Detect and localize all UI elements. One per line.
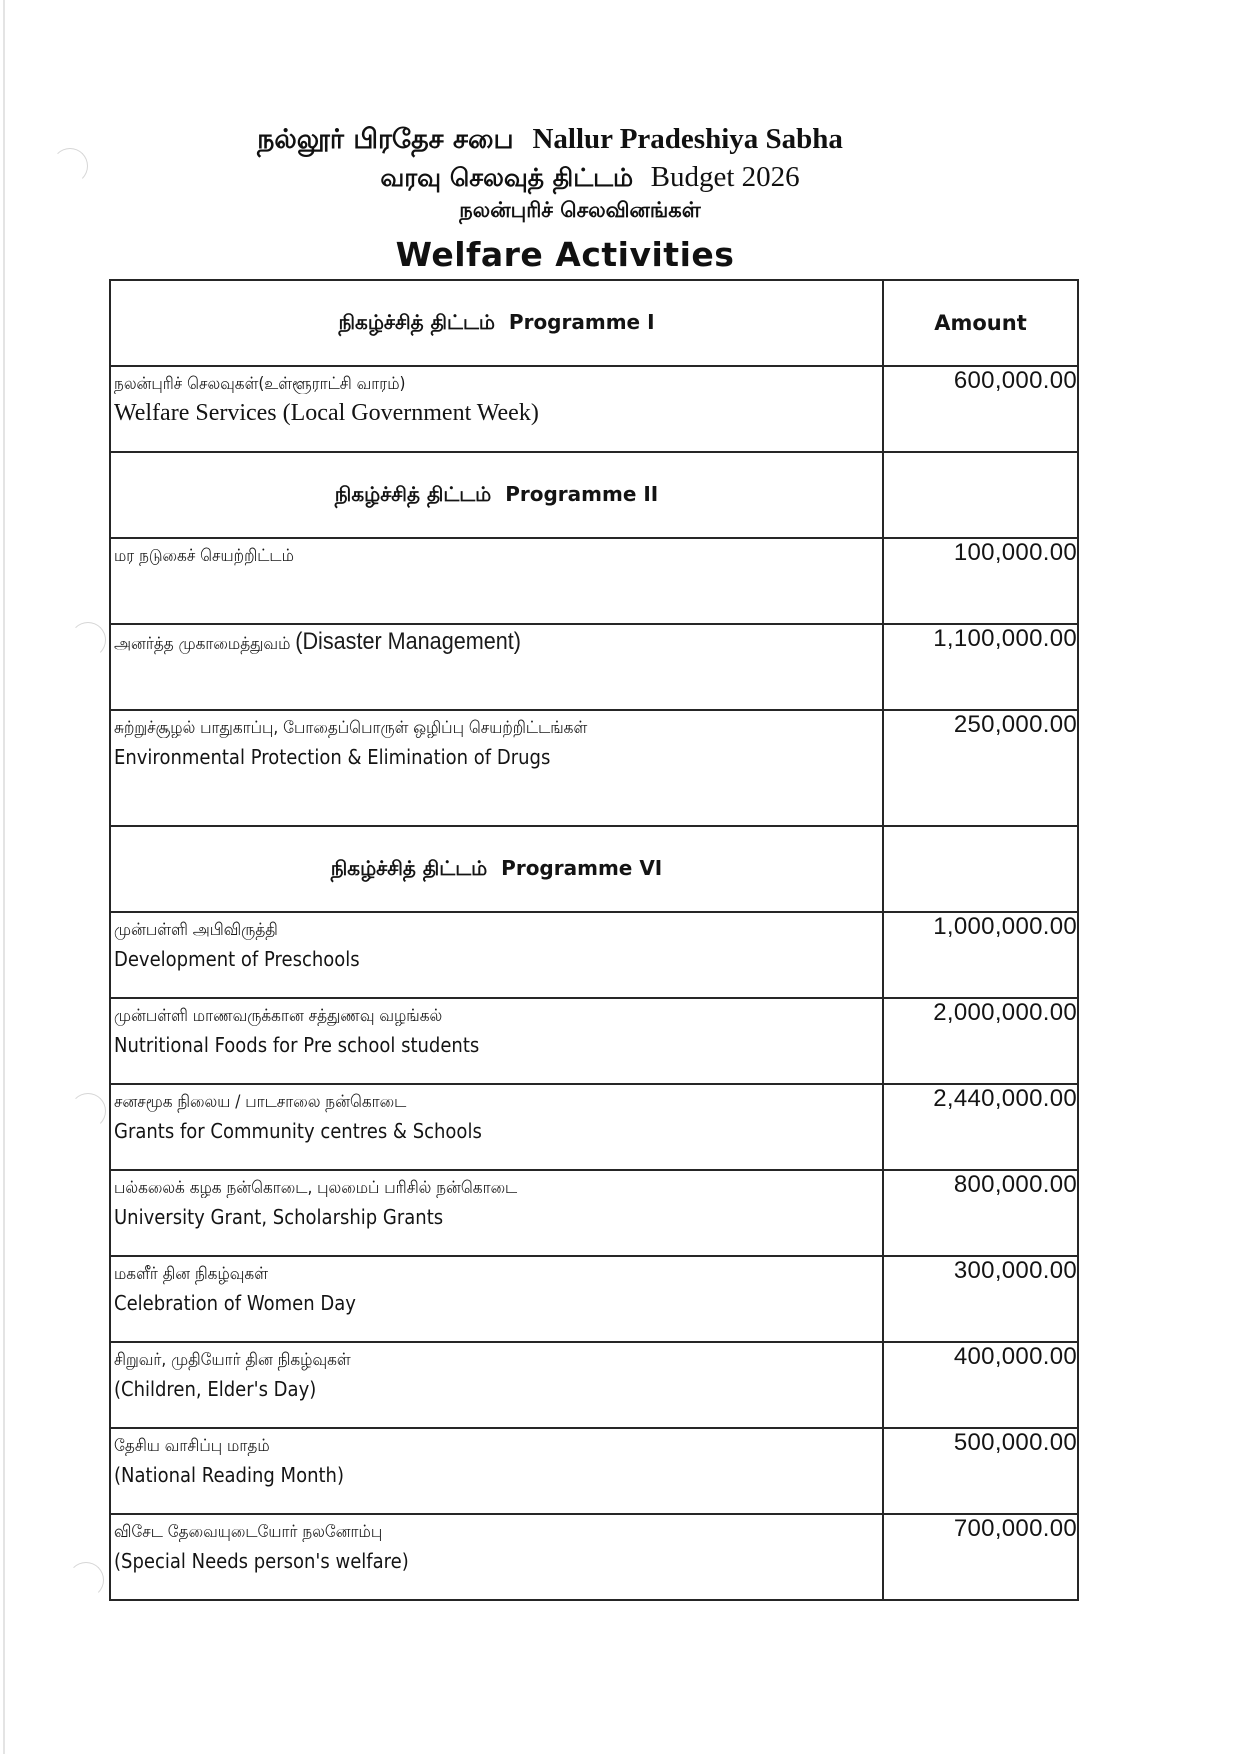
- description-english-inline: (Disaster Management): [295, 628, 521, 655]
- org-name-tamil: நல்லூர் பிரதேச சபை: [257, 124, 514, 155]
- budget-line-item: சிறுவர், முதியோர் தின நிகழ்வுகள்(Childre…: [110, 1342, 1078, 1428]
- org-name-english: Nallur Pradeshiya Sabha: [532, 123, 842, 155]
- line-item-description: பல்கலைக் கழக நன்கொடை, புலமைப் பரிசில் நன…: [110, 1170, 883, 1256]
- line-item-description: விசேட தேவையுடையோர் நலனோம்பு(Special Need…: [110, 1514, 883, 1600]
- description-english: (Special Needs person's welfare): [114, 1545, 805, 1577]
- line-item-description: மகளீர் தின நிகழ்வுகள்Celebration of Wome…: [110, 1256, 883, 1342]
- description-tamil: தேசிய வாசிப்பு மாதம்: [114, 1433, 805, 1459]
- line-item-amount: 700,000.00: [883, 1514, 1078, 1600]
- budget-line-item: விசேட தேவையுடையோர் நலனோம்பு(Special Need…: [110, 1514, 1078, 1600]
- programme-title-tamil: நிகழ்ச்சித் திட்டம்: [338, 310, 495, 334]
- section-heading-english: Welfare Activities: [0, 235, 1185, 274]
- line-item-description: மர நடுகைச் செயற்றிட்டம்: [110, 538, 883, 624]
- description-english: Celebration of Women Day: [114, 1287, 805, 1319]
- description-english: Environmental Protection & Elimination o…: [114, 741, 805, 773]
- description-tamil: மர நடுகைச் செயற்றிட்டம்: [114, 543, 805, 569]
- budget-line-item: மர நடுகைச் செயற்றிட்டம்100,000.00: [110, 538, 1078, 624]
- description-tamil-text: நலன்புரிச் செலவுகள்(உள்ளூராட்சி வாரம்): [114, 374, 405, 394]
- budget-title-english: Budget 2026: [651, 161, 800, 193]
- description-tamil: அனர்த்த முகாமைத்துவம் (Disaster Manageme…: [114, 629, 805, 657]
- description-english: (National Reading Month): [114, 1459, 805, 1491]
- description-english: Welfare Services (Local Government Week): [114, 397, 882, 429]
- budget-line-item: மகளீர் தின நிகழ்வுகள்Celebration of Wome…: [110, 1256, 1078, 1342]
- line-item-amount: 2,000,000.00: [883, 998, 1078, 1084]
- description-tamil: முன்பள்ளி மாணவருக்கான சத்துணவு வழங்கல்: [114, 1003, 805, 1029]
- budget-line-item: தேசிய வாசிப்பு மாதம்(National Reading Mo…: [110, 1428, 1078, 1514]
- line-item-amount: 400,000.00: [883, 1342, 1078, 1428]
- description-tamil-text: முன்பள்ளி அபிவிருத்தி: [114, 920, 278, 940]
- line-item-amount: 2,440,000.00: [883, 1084, 1078, 1170]
- description-english: Grants for Community centres & Schools: [114, 1115, 805, 1147]
- organization-heading: நல்லூர் பிரதேச சபை Nallur Pradeshiya Sab…: [0, 123, 1170, 159]
- description-tamil: சனசமூக நிலைய / பாடசாலை நன்கொடை: [114, 1089, 805, 1115]
- budget-line-item: முன்பள்ளி மாணவருக்கான சத்துணவு வழங்கல்Nu…: [110, 998, 1078, 1084]
- budget-line-item: சனசமூக நிலைய / பாடசாலை நன்கொடைGrants for…: [110, 1084, 1078, 1170]
- programme-header-row: நிகழ்ச்சித் திட்டம் Programme II: [110, 452, 1078, 538]
- line-item-amount: 600,000.00: [883, 366, 1078, 452]
- programme-title-english: Programme I: [509, 310, 655, 334]
- budget-line-item: சுற்றுச்சூழல் பாதுகாப்பு, போதைப்பொருள் ஒ…: [110, 710, 1078, 826]
- description-tamil-text: தேசிய வாசிப்பு மாதம்: [114, 1436, 270, 1456]
- section-heading-tamil: நலன்புரிச் செலவினங்கள்: [0, 197, 1200, 225]
- budget-line-item: நலன்புரிச் செலவுகள்(உள்ளூராட்சி வாரம்)We…: [110, 366, 1078, 452]
- line-item-amount: 1,100,000.00: [883, 624, 1078, 710]
- description-english: (Children, Elder's Day): [114, 1373, 805, 1405]
- line-item-amount: 1,000,000.00: [883, 912, 1078, 998]
- programme-title: நிகழ்ச்சித் திட்டம் Programme VI: [110, 826, 883, 912]
- welfare-budget-table: நிகழ்ச்சித் திட்டம் Programme IAmountநலன…: [109, 279, 1079, 1601]
- description-tamil-text: அனர்த்த முகாமைத்துவம்: [114, 634, 290, 654]
- description-tamil-text: விசேட தேவையுடையோர் நலனோம்பு: [114, 1522, 382, 1542]
- line-item-amount: 250,000.00: [883, 710, 1078, 826]
- budget-line-item: பல்கலைக் கழக நன்கொடை, புலமைப் பரிசில் நன…: [110, 1170, 1078, 1256]
- line-item-description: அனர்த்த முகாமைத்துவம் (Disaster Manageme…: [110, 624, 883, 710]
- description-tamil-text: சிறுவர், முதியோர் தின நிகழ்வுகள்: [114, 1350, 351, 1370]
- budget-title-tamil: வரவு செலவுத் திட்டம்: [380, 163, 633, 192]
- description-tamil: பல்கலைக் கழக நன்கொடை, புலமைப் பரிசில் நன…: [114, 1175, 805, 1201]
- description-tamil-text: மர நடுகைச் செயற்றிட்டம்: [114, 546, 294, 566]
- line-item-amount: 500,000.00: [883, 1428, 1078, 1514]
- programme-title-english: Programme VI: [501, 856, 662, 880]
- line-item-description: தேசிய வாசிப்பு மாதம்(National Reading Mo…: [110, 1428, 883, 1514]
- line-item-amount: 800,000.00: [883, 1170, 1078, 1256]
- empty-amount-cell: [883, 452, 1078, 538]
- budget-line-item: முன்பள்ளி அபிவிருத்திDevelopment of Pres…: [110, 912, 1078, 998]
- budget-line-item: அனர்த்த முகாமைத்துவம் (Disaster Manageme…: [110, 624, 1078, 710]
- punch-hole-mark: [68, 1562, 104, 1598]
- description-tamil-text: பல்கலைக் கழக நன்கொடை, புலமைப் பரிசில் நன…: [114, 1178, 517, 1198]
- description-tamil: நலன்புரிச் செலவுகள்(உள்ளூராட்சி வாரம்): [114, 371, 805, 397]
- amount-column-header: Amount: [883, 280, 1078, 366]
- description-tamil-text: சனசமூக நிலைய / பாடசாலை நன்கொடை: [114, 1092, 406, 1112]
- line-item-description: சுற்றுச்சூழல் பாதுகாப்பு, போதைப்பொருள் ஒ…: [110, 710, 883, 826]
- empty-amount-cell: [883, 826, 1078, 912]
- line-item-amount: 300,000.00: [883, 1256, 1078, 1342]
- line-item-description: முன்பள்ளி மாணவருக்கான சத்துணவு வழங்கல்Nu…: [110, 998, 883, 1084]
- description-tamil: சிறுவர், முதியோர் தின நிகழ்வுகள்: [114, 1347, 805, 1373]
- programme-title-tamil: நிகழ்ச்சித் திட்டம்: [335, 482, 492, 506]
- programme-title: நிகழ்ச்சித் திட்டம் Programme II: [110, 452, 883, 538]
- description-english: Development of Preschools: [114, 943, 805, 975]
- punch-hole-mark: [70, 622, 106, 658]
- programme-title-english: Programme II: [505, 482, 658, 506]
- budget-heading: வரவு செலவுத் திட்டம் Budget 2026: [0, 161, 1210, 196]
- description-tamil: மகளீர் தின நிகழ்வுகள்: [114, 1261, 805, 1287]
- description-tamil: சுற்றுச்சூழல் பாதுகாப்பு, போதைப்பொருள் ஒ…: [114, 715, 805, 741]
- programme-header-row: நிகழ்ச்சித் திட்டம் Programme VI: [110, 826, 1078, 912]
- punch-hole-mark: [70, 1093, 106, 1129]
- description-tamil-text: சுற்றுச்சூழல் பாதுகாப்பு, போதைப்பொருள் ஒ…: [114, 718, 587, 738]
- programme-title-tamil: நிகழ்ச்சித் திட்டம்: [331, 856, 488, 880]
- programme-title: நிகழ்ச்சித் திட்டம் Programme I: [110, 280, 883, 366]
- programme-header-row: நிகழ்ச்சித் திட்டம் Programme IAmount: [110, 280, 1078, 366]
- line-item-description: சிறுவர், முதியோர் தின நிகழ்வுகள்(Childre…: [110, 1342, 883, 1428]
- line-item-description: முன்பள்ளி அபிவிருத்திDevelopment of Pres…: [110, 912, 883, 998]
- line-item-description: சனசமூக நிலைய / பாடசாலை நன்கொடைGrants for…: [110, 1084, 883, 1170]
- description-english: University Grant, Scholarship Grants: [114, 1201, 805, 1233]
- line-item-amount: 100,000.00: [883, 538, 1078, 624]
- description-tamil: விசேட தேவையுடையோர் நலனோம்பு: [114, 1519, 805, 1545]
- description-tamil: முன்பள்ளி அபிவிருத்தி: [114, 917, 805, 943]
- description-tamil-text: முன்பள்ளி மாணவருக்கான சத்துணவு வழங்கல்: [114, 1006, 442, 1026]
- line-item-description: நலன்புரிச் செலவுகள்(உள்ளூராட்சி வாரம்)We…: [110, 366, 883, 452]
- description-english: Nutritional Foods for Pre school student…: [114, 1029, 805, 1061]
- description-tamil-text: மகளீர் தின நிகழ்வுகள்: [114, 1264, 268, 1284]
